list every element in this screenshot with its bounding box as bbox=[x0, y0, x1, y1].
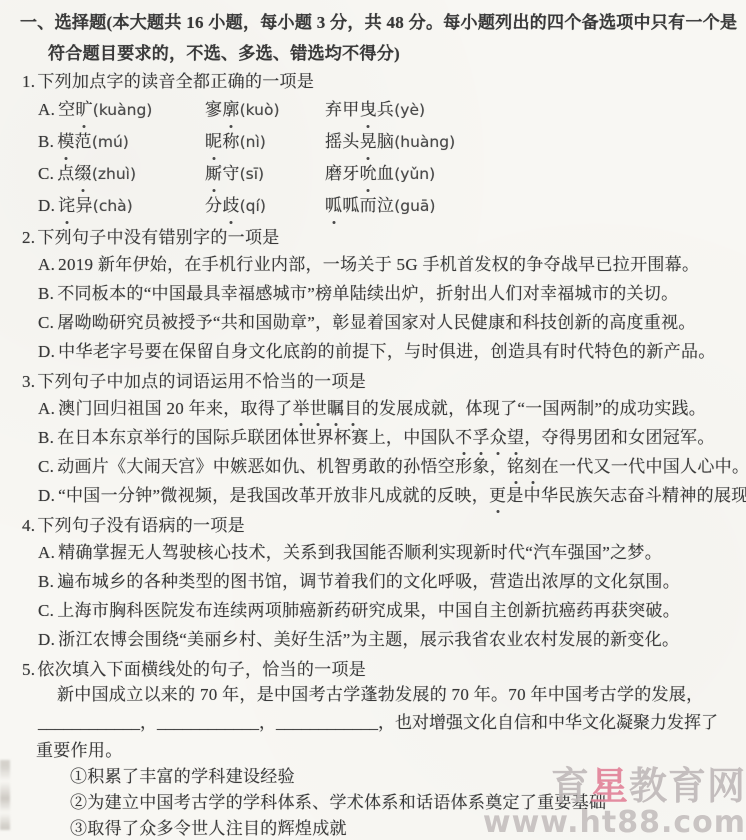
question-4-option-c: C.上海市胸科医院发布连续两项肺癌新药研究成果，中国自主创新抗癌药再获突破。 bbox=[38, 596, 746, 625]
option-label: C. bbox=[38, 457, 54, 476]
option-text: 屠呦呦研究员被授予“共和国勋章”，彰显着国家对人民健康和科技创新的高度重视。 bbox=[57, 313, 696, 332]
question-2-stem: 2.下列句子中没有错别字的一项是 bbox=[22, 225, 746, 250]
option-label: D. bbox=[38, 196, 55, 215]
question-2: 2.下列句子中没有错别字的一项是 A.2019 新年伊始，在手机行业内部，一场关… bbox=[0, 225, 746, 366]
question-3-stem: 3.下列句子中加点的词语运用不恰当的一项是 bbox=[22, 369, 746, 394]
option-word: 弃甲曳兵(yè) bbox=[325, 94, 425, 126]
section-header: 一、选择题(本大题共 16 小题，每小题 3 分，共 48 分。每小题列出的四个… bbox=[0, 10, 746, 66]
question-5-item-3: ③取得了众多令世人注目的辉煌成就 bbox=[70, 816, 746, 840]
question-4-option-a: A.精确掌握无人驾驶核心技术，关系到我国能否顺利实现新时代“汽车强国”之梦。 bbox=[38, 538, 746, 567]
question-4-option-d: D.浙江农博会围绕“美丽乡村、美好生活”为主题，展示我省农业农村发展的新变化。 bbox=[38, 625, 746, 654]
option-label: B. bbox=[38, 572, 54, 591]
question-4-number: 4. bbox=[22, 516, 35, 535]
question-5-item-1: ①积累了丰富的学科建设经验 bbox=[70, 764, 746, 790]
option-label: B. bbox=[38, 132, 54, 151]
question-3: 3.下列句子中加点的词语运用不恰当的一项是 A.澳门回归祖国 20 年来，取得了… bbox=[0, 369, 746, 510]
option-word: 厮守(sī) bbox=[205, 158, 325, 190]
option-word: 诧异(chà) bbox=[58, 196, 133, 215]
scan-smudge bbox=[0, 760, 10, 830]
option-label: D. bbox=[38, 342, 55, 361]
question-3-stem-text: 下列句子中加点的词语运用不恰当的一项是 bbox=[37, 372, 366, 391]
question-3-number: 3. bbox=[22, 372, 35, 391]
question-5-stem-text: 依次填入下面横线处的句子，恰当的一项是 bbox=[37, 660, 366, 679]
question-2-option-b: B.不同板本的“中国最具幸福感城市”榜单陆续出炉，折射出人们对幸福城市的关切。 bbox=[38, 279, 746, 308]
option-text: 浙江农博会围绕“美丽乡村、美好生活”为主题，展示我省农业农村发展的新变化。 bbox=[58, 630, 679, 649]
question-1-option-a: A.空旷(kuàng)寥廓(kuò)弃甲曳兵(yè) bbox=[38, 94, 746, 126]
option-label: D. bbox=[38, 486, 55, 505]
section-header-line2: 符合题目要求的，不选、多选、错选均不得分) bbox=[48, 41, 746, 66]
option-label: B. bbox=[38, 284, 54, 303]
option-word: 呱呱而泣(guā) bbox=[325, 190, 435, 222]
option-text: “中国一分钟”微视频，是我国改革开放非凡成就的反映，更是中华民族矢志奋斗精神的展… bbox=[58, 486, 746, 505]
option-label: C. bbox=[38, 164, 54, 183]
option-label: A. bbox=[38, 543, 55, 562]
option-label: D. bbox=[38, 630, 55, 649]
question-1-number: 1. bbox=[22, 72, 35, 91]
question-4-stem: 4.下列句子没有语病的一项是 bbox=[22, 513, 746, 538]
option-text: 动画片《大闹天宫》中嫉恶如仇、机智勇敢的孙悟空形象，铭刻在一代又一代中国人心中。 bbox=[57, 457, 746, 476]
question-2-stem-text: 下列句子中没有错别字的一项是 bbox=[37, 228, 279, 247]
option-word: 模范(mú) bbox=[57, 132, 129, 151]
question-5-number: 5. bbox=[22, 660, 35, 679]
question-5-paragraph-line1: 新中国成立以来的 70 年，是中国考古学蓬勃发展的 70 年。70 年中国考古学… bbox=[57, 682, 746, 708]
question-5-item-2: ②为建立中国考古学的学科体系、学术体系和话语体系奠定了重要基础 bbox=[70, 790, 746, 816]
option-text: 上海市胸科医院发布连续两项肺癌新药研究成果，中国自主创新抗癌药再获突破。 bbox=[57, 601, 680, 620]
question-4-option-b: B.遍布城乡的各种类型的图书馆，调节着我们的文化呼吸，营造出浓厚的文化氛围。 bbox=[38, 567, 746, 596]
option-word: 昵称(nì) bbox=[205, 126, 325, 158]
question-2-number: 2. bbox=[22, 228, 35, 247]
option-label: C. bbox=[38, 313, 54, 332]
question-3-option-d: D.“中国一分钟”微视频，是我国改革开放非凡成就的反映，更是中华民族矢志奋斗精神… bbox=[38, 481, 746, 510]
option-label: A. bbox=[38, 255, 55, 274]
option-label: A. bbox=[38, 399, 55, 418]
option-word: 摇头晃脑(huàng) bbox=[325, 126, 455, 158]
question-3-option-a: A.澳门回归祖国 20 年来，取得了举世瞩目的发展成就，体现了“一国两制”的成功… bbox=[38, 394, 746, 423]
question-5-paragraph-line3: 重要作用。 bbox=[36, 738, 746, 764]
option-word: 分歧(qí) bbox=[205, 190, 325, 222]
question-2-option-a: A.2019 新年伊始，在手机行业内部，一场关于 5G 手机首发权的争夺战早已拉… bbox=[38, 250, 746, 279]
question-3-option-b: B.在日本东京举行的国际乒联团体世界杯赛上，中国队不孚众望，夺得男团和女团冠军。 bbox=[38, 423, 746, 452]
question-1: 1.下列加点字的读音全都正确的一项是 A.空旷(kuàng)寥廓(kuò)弃甲曳… bbox=[0, 69, 746, 222]
option-word: 空旷(kuàng) bbox=[58, 100, 152, 119]
option-label: A. bbox=[38, 100, 55, 119]
question-2-option-c: C.屠呦呦研究员被授予“共和国勋章”，彰显着国家对人民健康和科技创新的高度重视。 bbox=[38, 308, 746, 337]
question-3-option-c: C.动画片《大闹天宫》中嫉恶如仇、机智勇敢的孙悟空形象，铭刻在一代又一代中国人心… bbox=[38, 452, 746, 481]
option-text: 遍布城乡的各种类型的图书馆，调节着我们的文化呼吸，营造出浓厚的文化氛围。 bbox=[57, 572, 680, 591]
option-text: 在日本东京举行的国际乒联团体世界杯赛上，中国队不孚众望，夺得男团和女团冠军。 bbox=[57, 428, 714, 447]
question-5-stem: 5.依次填入下面横线处的句子，恰当的一项是 bbox=[22, 657, 746, 682]
option-text: 精确掌握无人驾驶核心技术，关系到我国能否顺利实现新时代“汽车强国”之梦。 bbox=[58, 543, 662, 562]
option-text: 澳门回归祖国 20 年来，取得了举世瞩目的发展成就，体现了“一国两制”的成功实践… bbox=[58, 399, 706, 418]
question-2-option-d: D.中华老字号要在保留自身文化底韵的前提下，与时俱进，创造具有时代特色的新产品。 bbox=[38, 337, 746, 366]
exam-paper-page: 一、选择题(本大题共 16 小题，每小题 3 分，共 48 分。每小题列出的四个… bbox=[0, 0, 746, 840]
question-5: 5.依次填入下面横线处的句子，恰当的一项是 新中国成立以来的 70 年，是中国考… bbox=[0, 657, 746, 840]
option-text: 不同板本的“中国最具幸福感城市”榜单陆续出炉，折射出人们对幸福城市的关切。 bbox=[57, 284, 678, 303]
option-word: 磨牙吮血(yǔn) bbox=[325, 158, 435, 190]
option-text: 2019 新年伊始，在手机行业内部，一场关于 5G 手机首发权的争夺战早已拉开围… bbox=[58, 255, 699, 274]
question-1-option-c: C.点缀(zhuì)厮守(sī)磨牙吮血(yǔn) bbox=[38, 158, 746, 190]
option-label: C. bbox=[38, 601, 54, 620]
question-1-option-b: B.模范(mú)昵称(nì)摇头晃脑(huàng) bbox=[38, 126, 746, 158]
question-1-option-d: D.诧异(chà)分歧(qí)呱呱而泣(guā) bbox=[38, 190, 746, 222]
section-header-line1: 一、选择题(本大题共 16 小题，每小题 3 分，共 48 分。每小题列出的四个… bbox=[20, 10, 746, 36]
question-4: 4.下列句子没有语病的一项是 A.精确掌握无人驾驶核心技术，关系到我国能否顺利实… bbox=[0, 513, 746, 654]
question-1-stem-text: 下列加点字的读音全都正确的一项是 bbox=[37, 72, 314, 91]
option-label: B. bbox=[38, 428, 54, 447]
question-4-stem-text: 下列句子没有语病的一项是 bbox=[37, 516, 245, 535]
option-word: 寥廓(kuò) bbox=[205, 94, 325, 126]
option-word: 点缀(zhuì) bbox=[57, 164, 136, 183]
option-text: 中华老字号要在保留自身文化底韵的前提下，与时俱进，创造具有时代特色的新产品。 bbox=[58, 342, 715, 361]
question-5-blanks-line: ____________，____________，____________，也… bbox=[38, 708, 746, 738]
question-1-stem: 1.下列加点字的读音全都正确的一项是 bbox=[22, 69, 746, 94]
